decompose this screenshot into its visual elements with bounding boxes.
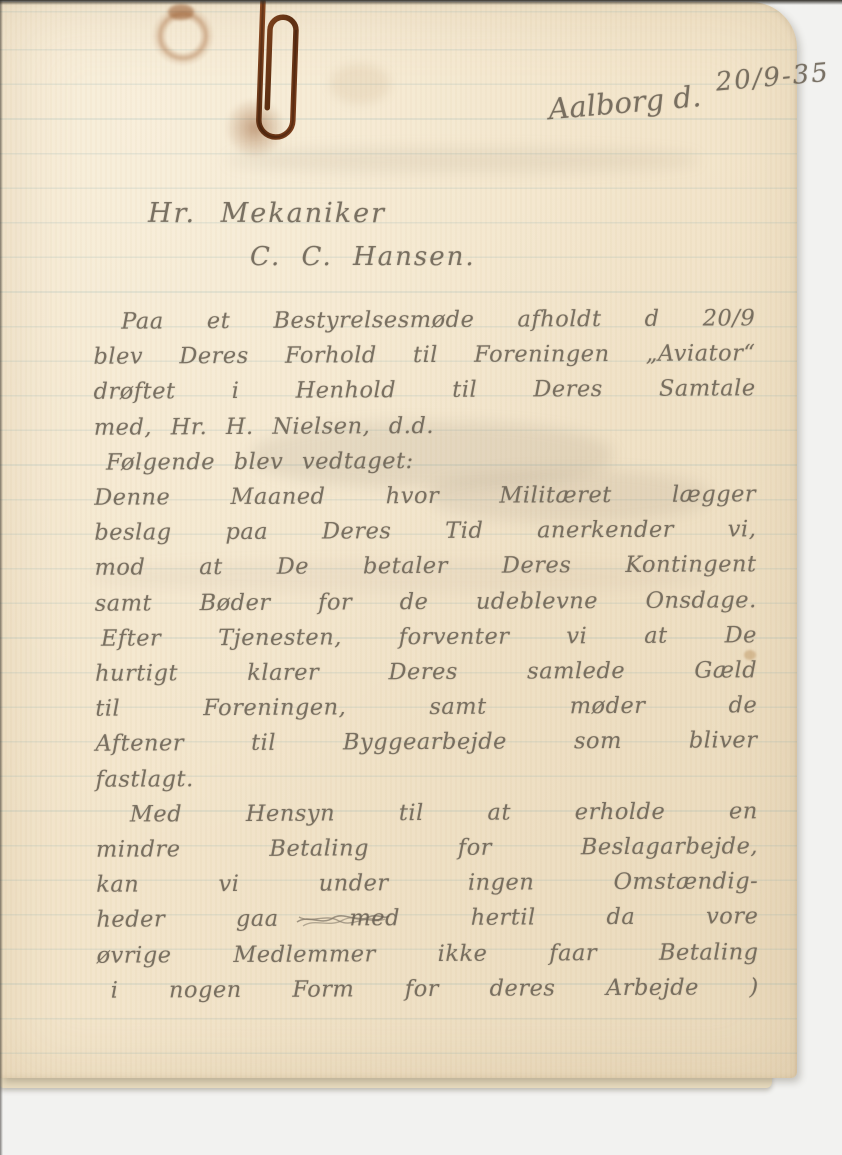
letter-line: samt Bøder for de udeblevne Onsdage.	[95, 583, 757, 622]
scanner-left-edge	[0, 0, 3, 1155]
rust-stain-dot	[168, 4, 194, 20]
scribble-correction	[295, 908, 391, 930]
letter-line: mindre Betaling for Beslagarbejde,	[96, 829, 758, 868]
letter-line: i nogen Form for deres Arbejde )	[97, 970, 759, 1009]
letter-line: Følgende blev vedtaget:	[94, 442, 756, 481]
letter-line: Aftener til Byggearbejde som bliver	[95, 724, 757, 763]
letter-line: fastlagt.	[96, 759, 758, 798]
letter-line: heder gaa med hertil da vore	[96, 900, 758, 939]
letter-line: øvrige Medlemmer ikke faar Betaling	[96, 935, 758, 974]
letter-line: beslag paa Deres Tid anerkender vi,	[94, 512, 756, 551]
scanned-letter-page: Aalborg d.20/9-35 Hr. Mekaniker C. C. Ha…	[0, 0, 842, 1155]
letter-line: Efter Tjenesten, forventer vi at De	[95, 618, 757, 657]
paperclip-icon	[227, 0, 323, 180]
letter-line: Paa et Bestyrelsesmøde afholdt d 20/9	[93, 301, 755, 340]
paper-spot	[330, 64, 390, 104]
letter-line: kan vi under ingen Omstændig-	[96, 865, 758, 904]
letter-line: Denne Maaned hvor Militæret lægger	[94, 477, 756, 516]
recipient-title: Hr. Mekaniker	[148, 198, 386, 229]
letter-line: med, Hr. H. Nielsen, d.d.	[94, 407, 756, 446]
letter-line: Med Hensyn til at erholde en	[96, 794, 758, 833]
letter-line: drøftet i Henhold til Deres Samtale	[94, 372, 756, 411]
letter-line: mod at De betaler Deres Kontingent	[94, 548, 756, 587]
recipient-name: C. C. Hansen.	[250, 242, 476, 272]
letter-line: til Foreningen, samt møder de	[95, 689, 757, 728]
scanner-top-edge	[0, 0, 842, 5]
letter-body: Paa et Bestyrelsesmøde afholdt d 20/9ble…	[93, 301, 759, 1009]
letter-line: hurtigt klarer Deres samlede Gæld	[95, 653, 757, 692]
letter-line: blev Deres Forhold til Foreningen „Aviat…	[93, 336, 755, 375]
